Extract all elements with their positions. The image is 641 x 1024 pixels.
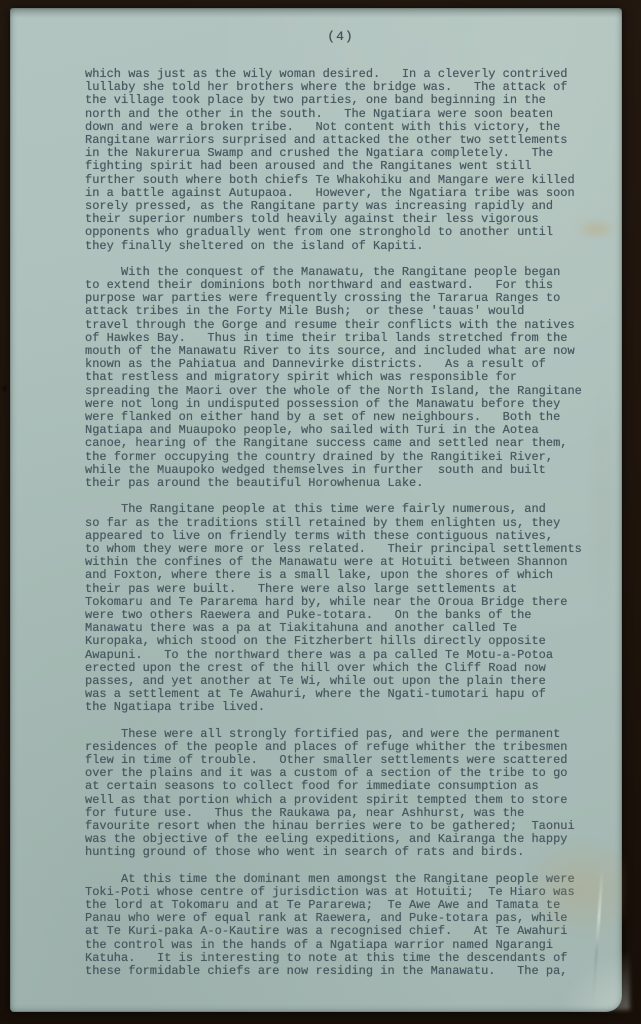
page-content: (4) which was just as the wily woman des…	[10, 8, 622, 1012]
paragraph: These were all strongly fortified pas, a…	[85, 728, 596, 860]
document-page: (4) which was just as the wily woman des…	[10, 8, 622, 1012]
scan-background: (4) which was just as the wily woman des…	[0, 0, 641, 1024]
page-number: (4)	[85, 29, 596, 44]
paper-speck	[1, 384, 8, 393]
document-body: which was just as the wily woman desired…	[85, 68, 596, 978]
paragraph: At this time the dominant men amongst th…	[85, 873, 596, 979]
paragraph: which was just as the wily woman desired…	[85, 68, 596, 253]
paragraph: The Rangitane people at this time were f…	[85, 503, 596, 714]
paragraph: With the conquest of the Manawatu, the R…	[85, 266, 596, 490]
